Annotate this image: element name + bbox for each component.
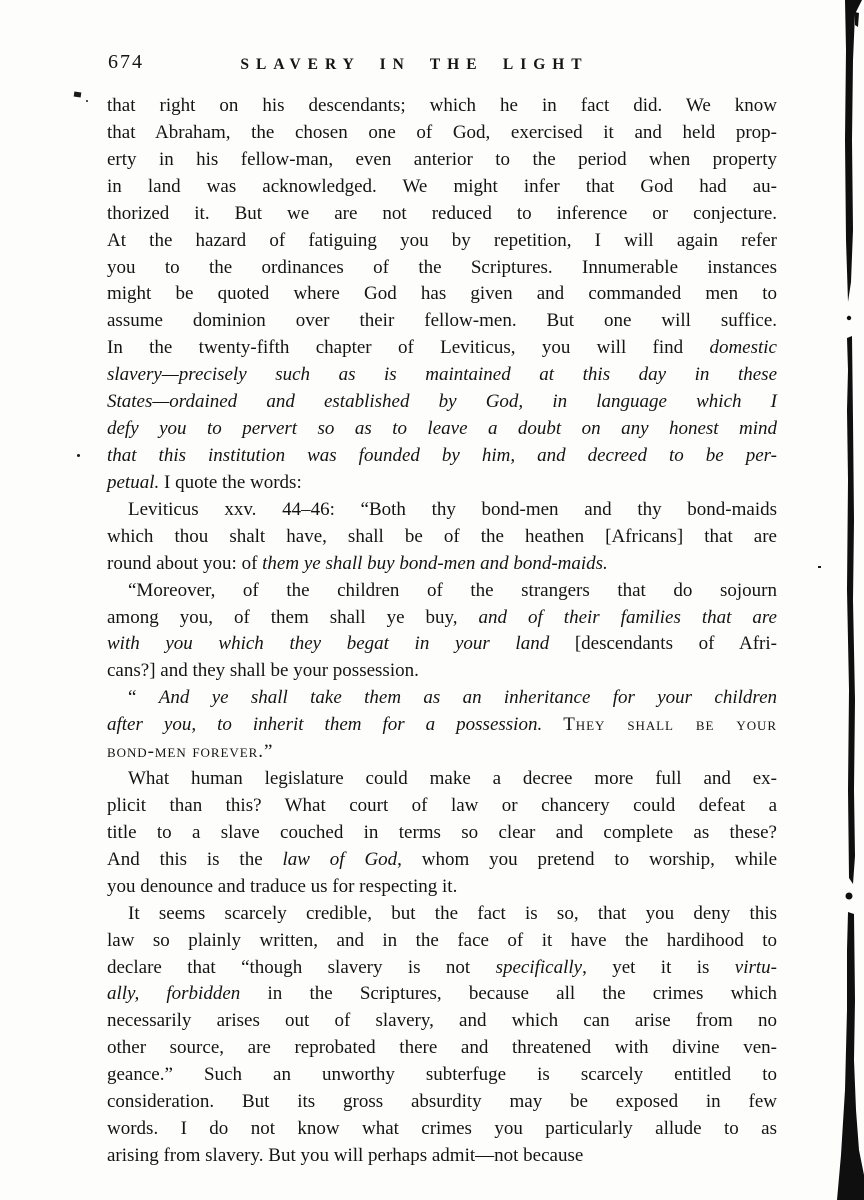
text-line: It seems scarcely credible, but the fact… — [107, 901, 777, 928]
text-line: in land was acknowledged. We might infer… — [107, 174, 777, 201]
roman-text: you denounce and traduce us for respecti… — [107, 876, 457, 897]
text-line: that Abraham, the chosen one of God, exe… — [107, 120, 777, 147]
roman-text: erty in his fellow-man, even anterior to… — [107, 149, 777, 170]
italic-text: with you which they begat in your land — [107, 633, 575, 654]
roman-text: thorized it. But we are not reduced to i… — [107, 203, 777, 224]
text-line: that this institution was founded by him… — [107, 443, 777, 470]
roman-text: round about you: of — [107, 553, 262, 574]
italic-text: specifically — [496, 957, 583, 978]
text-line: ally, forbidden in the Scriptures, becau… — [107, 981, 777, 1008]
roman-text: might be quoted where God has given and … — [107, 283, 777, 304]
roman-text: [descendants of Afri- — [575, 633, 777, 654]
text-line: plicit than this? What court of law or c… — [107, 793, 777, 820]
text-line: consideration. But its gross absurdity m… — [107, 1089, 777, 1116]
text-line: other source, are reprobated there and t… — [107, 1035, 777, 1062]
roman-text: other source, are reprobated there and t… — [107, 1037, 777, 1058]
running-header: SLAVERY IN THE LIGHT — [107, 56, 777, 74]
roman-text: declare that “though slavery is not — [107, 957, 496, 978]
scan-artifact-right-edge — [834, 0, 864, 1200]
text-line: which thou shalt have, shall be of the h… — [107, 524, 777, 551]
text-line: among you, of them shall ye buy, and of … — [107, 605, 777, 632]
roman-text: , yet it is — [582, 957, 735, 978]
text-line: What human legislature could make a decr… — [107, 766, 777, 793]
text-line: At the hazard of fatiguing you by repeti… — [107, 228, 777, 255]
scan-speck — [86, 100, 88, 102]
italic-text: after you, to inherit them for a possess… — [107, 714, 542, 735]
text-line: And this is the law of God, whom you pre… — [107, 847, 777, 874]
roman-text: What human legislature could make a decr… — [128, 768, 777, 789]
text-line: defy you to pervert so as to leave a dou… — [107, 416, 777, 443]
roman-text: which thou shalt have, shall be of the h… — [107, 526, 777, 547]
roman-text: in the Scriptures, because all the crime… — [240, 983, 777, 1004]
text-line: after you, to inherit them for a possess… — [107, 712, 777, 739]
roman-text: assume dominion over their fellow-men. B… — [107, 310, 777, 331]
italic-text: defy you to pervert so as to leave a dou… — [107, 418, 777, 439]
text-line: petual. I quote the words: — [107, 470, 777, 497]
text-line: thorized it. But we are not reduced to i… — [107, 201, 777, 228]
roman-text: arising from slavery. But you will perha… — [107, 1145, 583, 1166]
roman-text: Leviticus xxv. 44–46: “Both thy bond-men… — [128, 499, 777, 520]
roman-text: In the twenty-fifth chapter of Leviticus… — [107, 337, 709, 358]
text-line: assume dominion over their fellow-men. B… — [107, 308, 777, 335]
text-line: erty in his fellow-man, even anterior to… — [107, 147, 777, 174]
roman-text: that right on his descendants; which he … — [107, 95, 777, 116]
text-line: arising from slavery. But you will perha… — [107, 1143, 777, 1170]
text-line: necessarily arises out of slavery, and w… — [107, 1008, 777, 1035]
italic-text: virtu- — [735, 957, 777, 978]
text-line: law so plainly written, and in the face … — [107, 928, 777, 955]
text-line: Leviticus xxv. 44–46: “Both thy bond-men… — [107, 497, 777, 524]
roman-text: among you, of them shall ye buy, — [107, 607, 479, 628]
text-line: “Moreover, of the children of the strang… — [107, 578, 777, 605]
text-line: declare that “though slavery is not spec… — [107, 955, 777, 982]
italic-text: and of their families that are — [479, 607, 777, 628]
text-line: that right on his descendants; which he … — [107, 93, 777, 120]
text-line: round about you: of them ye shall buy bo… — [107, 551, 777, 578]
smallcaps-text: bond-men forever. — [107, 741, 264, 762]
text-line: geance.” Such an unworthy subterfuge is … — [107, 1062, 777, 1089]
roman-text: necessarily arises out of slavery, and w… — [107, 1010, 777, 1031]
roman-text: words. I do not know what crimes you par… — [107, 1118, 777, 1139]
smallcaps-text: They shall be your — [563, 714, 777, 735]
scanned-page: 674 SLAVERY IN THE LIGHT that right on h… — [0, 0, 864, 1200]
roman-text: “ — [128, 687, 159, 708]
roman-text: , whom you pretend to worship, while — [397, 849, 777, 870]
text-line: In the twenty-fifth chapter of Leviticus… — [107, 335, 777, 362]
roman-text: geance.” Such an unworthy subterfuge is … — [107, 1064, 777, 1085]
text-line: you denounce and traduce us for respecti… — [107, 874, 777, 901]
roman-text: in land was acknowledged. We might infer… — [107, 176, 777, 197]
roman-text: And this is the — [107, 849, 283, 870]
roman-text: law so plainly written, and in the face … — [107, 930, 777, 951]
text-block: that right on his descendants; which he … — [107, 93, 777, 1170]
text-line: with you which they begat in your land [… — [107, 631, 777, 658]
roman-text: consideration. But its gross absurdity m… — [107, 1091, 777, 1112]
text-line: title to a slave couched in terms so cle… — [107, 820, 777, 847]
italic-text: ally, forbidden — [107, 983, 240, 1004]
text-line: bond-men forever.” — [107, 739, 777, 766]
italic-text: slavery—precisely such as is maintained … — [107, 364, 777, 385]
roman-text: I quote the words: — [159, 472, 301, 493]
text-line: might be quoted where God has given and … — [107, 281, 777, 308]
text-line: States—ordained and established by God, … — [107, 389, 777, 416]
roman-text: title to a slave couched in terms so cle… — [107, 822, 777, 843]
roman-text: At the hazard of fatiguing you by repeti… — [107, 230, 777, 251]
scan-speck — [77, 454, 80, 457]
roman-text: plicit than this? What court of law or c… — [107, 795, 777, 816]
roman-text: ” — [264, 741, 272, 762]
text-line: you to the ordinances of the Scriptures.… — [107, 255, 777, 282]
text-line: words. I do not know what crimes you par… — [107, 1116, 777, 1143]
roman-text: cans?] and they shall be your possession… — [107, 660, 419, 681]
roman-text: that Abraham, the chosen one of God, exe… — [107, 122, 777, 143]
text-line: “ And ye shall take them as an inheritan… — [107, 685, 777, 712]
italic-text: And ye shall take them as an inheritance… — [159, 687, 777, 708]
roman-text — [542, 714, 563, 735]
roman-text: you to the ordinances of the Scriptures.… — [107, 257, 777, 278]
scan-speck — [818, 566, 821, 568]
italic-text: States—ordained and established by God, … — [107, 391, 777, 412]
italic-text: domestic — [709, 337, 777, 358]
roman-text: It seems scarcely credible, but the fact… — [128, 903, 777, 924]
italic-text: petual. — [107, 472, 159, 493]
italic-text: law of God — [283, 849, 398, 870]
italic-text: that this institution was founded by him… — [107, 445, 777, 466]
roman-text: “Moreover, of the children of the strang… — [128, 580, 777, 601]
scan-speck — [74, 92, 82, 98]
italic-text: them ye shall buy bond-men and bond-maid… — [262, 553, 608, 574]
text-line: cans?] and they shall be your possession… — [107, 658, 777, 685]
text-line: slavery—precisely such as is maintained … — [107, 362, 777, 389]
